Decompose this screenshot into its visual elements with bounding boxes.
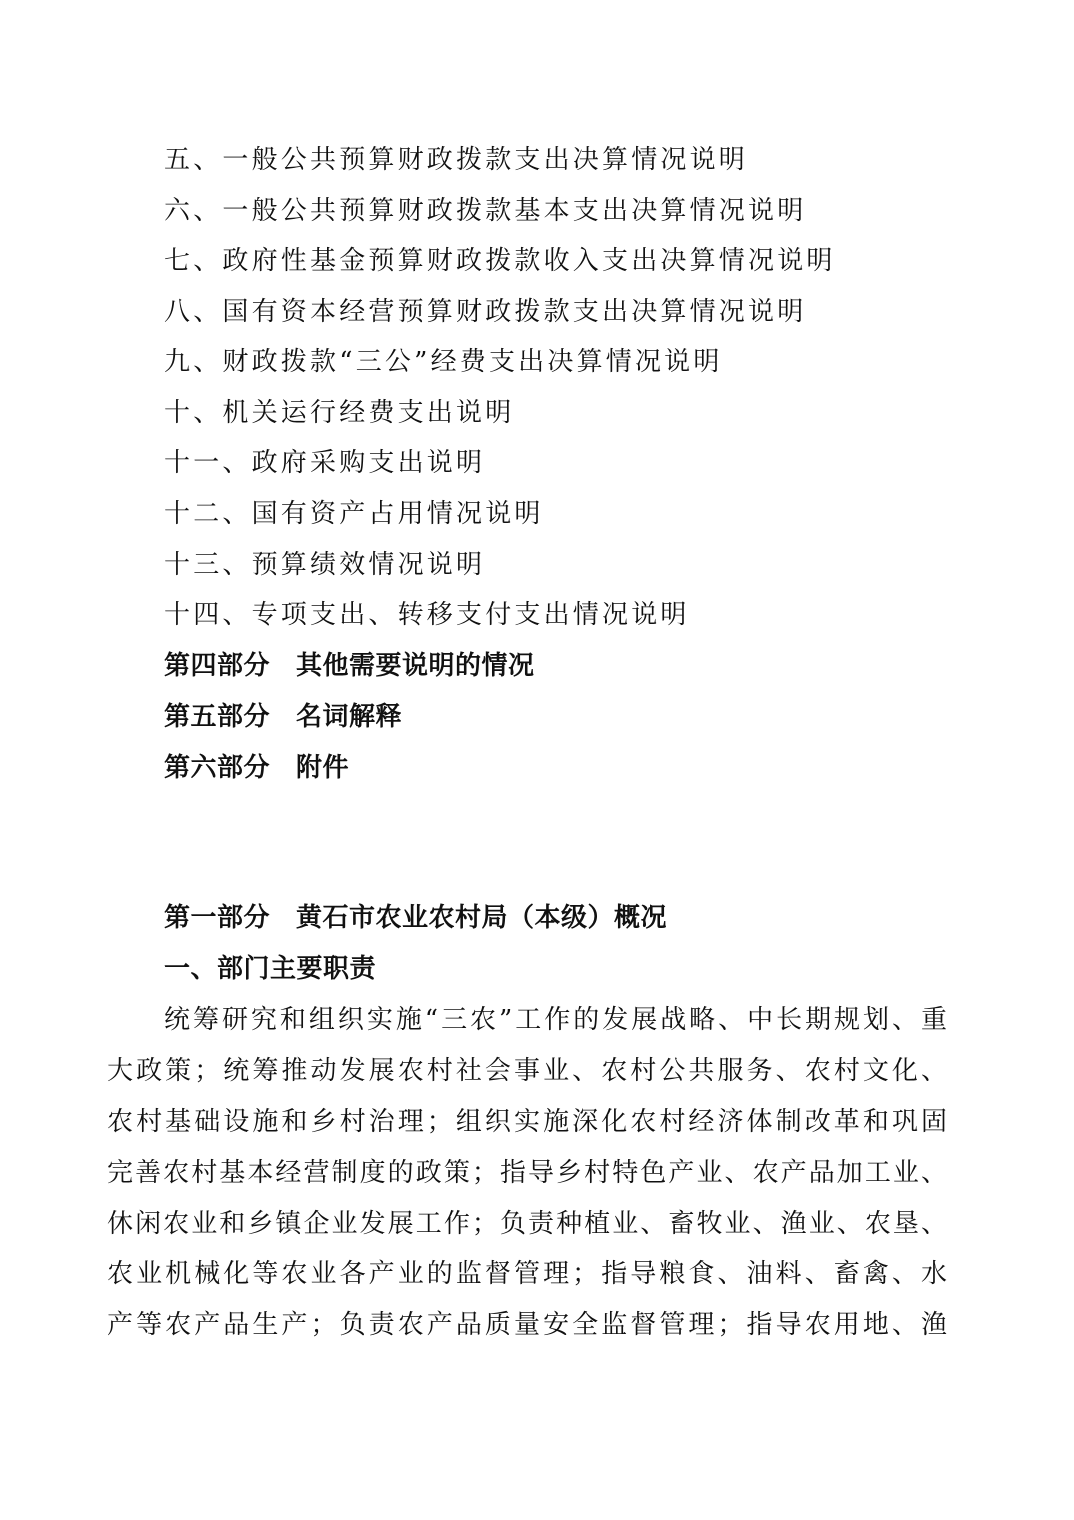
toc-item: 七、政府性基金预算财政拨款收入支出决算情况说明 [164, 244, 836, 278]
toc-item: 十三、预算绩效情况说明 [164, 548, 485, 582]
part-title: 名词解释 [296, 702, 402, 732]
toc-item: 十、机关运行经费支出说明 [164, 396, 514, 430]
toc-item: 十二、国有资产占用情况说明 [164, 497, 544, 531]
body-line: 休闲农业和乡镇企业发展工作；负责种植业、畜牧业、渔业、农垦、 [107, 1207, 947, 1241]
toc-part-5: 第五部分名词解释 [164, 700, 402, 734]
section-heading: 一、部门主要职责 [164, 952, 376, 986]
body-line: 大政策；统筹推动发展农村社会事业、农村公共服务、农村文化、 [107, 1054, 947, 1088]
part-title: 其他需要说明的情况 [296, 651, 535, 681]
toc-item: 十四、专项支出、转移支付支出情况说明 [164, 598, 690, 632]
toc-item: 八、国有资本经营预算财政拨款支出决算情况说明 [164, 295, 806, 329]
body-line: 农村基础设施和乡村治理；组织实施深化农村经济体制改革和巩固 [107, 1105, 947, 1139]
toc-part-4: 第四部分其他需要说明的情况 [164, 649, 535, 683]
toc-item: 六、一般公共预算财政拨款基本支出决算情况说明 [164, 194, 806, 228]
body-line: 完善农村基本经营制度的政策；指导乡村特色产业、农产品加工业、 [107, 1156, 947, 1190]
toc-item: 五、一般公共预算财政拨款支出决算情况说明 [164, 143, 748, 177]
part-label: 第一部分 [164, 903, 270, 933]
part-title: 附件 [296, 753, 349, 783]
part-label: 第六部分 [164, 753, 270, 783]
part-title: 黄石市农业农村局（本级）概况 [296, 903, 667, 933]
body-line: 统筹研究和组织实施“三农”工作的发展战略、中长期规划、重 [164, 1003, 947, 1037]
section-title: 第一部分黄石市农业农村局（本级）概况 [164, 901, 667, 935]
body-line: 产等农产品生产；负责农产品质量安全监督管理；指导农用地、渔 [107, 1308, 947, 1342]
part-label: 第五部分 [164, 702, 270, 732]
toc-part-6: 第六部分附件 [164, 751, 349, 785]
toc-item: 九、财政拨款“三公”经费支出决算情况说明 [164, 345, 723, 379]
body-line: 农业机械化等农业各产业的监督管理；指导粮食、油料、畜禽、水 [107, 1257, 947, 1291]
toc-item: 十一、政府采购支出说明 [164, 446, 485, 480]
part-label: 第四部分 [164, 651, 270, 681]
